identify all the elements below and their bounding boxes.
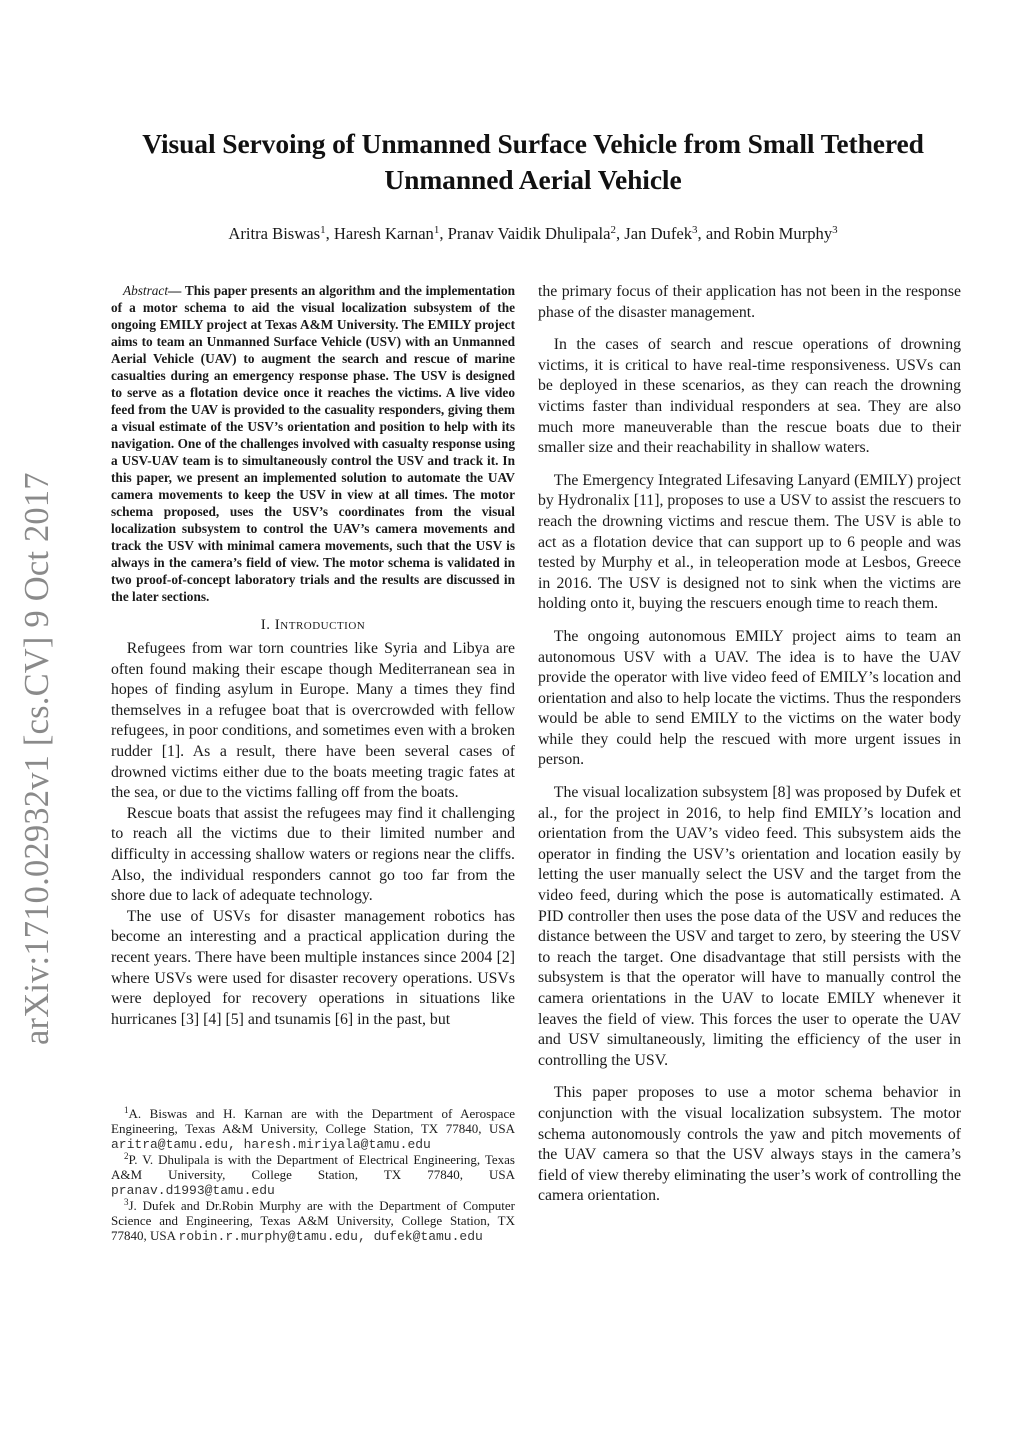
paragraph: The ongoing autonomous EMILY project aim… bbox=[538, 627, 961, 771]
email-link[interactable]: robin.r.murphy@tamu.edu, dufek@tamu.edu bbox=[179, 1229, 483, 1244]
email-link[interactable]: aritra@tamu.edu, haresh.miriyala@tamu.ed… bbox=[111, 1137, 431, 1152]
abstract: Abstract— This paper presents an algorit… bbox=[111, 282, 515, 605]
footnote: 3J. Dufek and Dr.Robin Murphy are with t… bbox=[111, 1198, 515, 1244]
paragraph: Rescue boats that assist the refugees ma… bbox=[111, 804, 515, 907]
author: Haresh Karnan1, bbox=[334, 224, 448, 243]
author: Pranav Vaidik Dhulipala2, bbox=[448, 224, 625, 243]
paper-title: Visual Servoing of Unmanned Surface Vehi… bbox=[100, 126, 966, 198]
paragraph: The visual localization subsystem [8] wa… bbox=[538, 783, 961, 1071]
abstract-text: This paper presents an algorithm and the… bbox=[111, 283, 515, 604]
email-link[interactable]: pranav.d1993@tamu.edu bbox=[111, 1183, 275, 1198]
paragraph: the primary focus of their application h… bbox=[538, 282, 961, 323]
abstract-label: Abstract bbox=[123, 283, 168, 298]
author: Robin Murphy3 bbox=[734, 224, 838, 243]
paragraph: The use of USVs for disaster management … bbox=[111, 907, 515, 1031]
paragraph: Refugees from war torn countries like Sy… bbox=[111, 639, 515, 804]
footnote: 2P. V. Dhulipala is with the Department … bbox=[111, 1152, 515, 1198]
footnote: 1A. Biswas and H. Karnan are with the De… bbox=[111, 1106, 515, 1152]
paragraph: The Emergency Integrated Lifesaving Lany… bbox=[538, 471, 961, 615]
paragraph: In the cases of search and rescue operat… bbox=[538, 335, 961, 459]
author-list: Aritra Biswas1, Haresh Karnan1, Pranav V… bbox=[100, 223, 966, 245]
author: Jan Dufek3, and bbox=[624, 224, 734, 243]
footnotes: 1A. Biswas and H. Karnan are with the De… bbox=[111, 1106, 515, 1244]
section-heading: I. Introduction bbox=[111, 615, 515, 635]
right-column: the primary focus of their application h… bbox=[538, 282, 961, 1219]
author: Aritra Biswas1, bbox=[228, 224, 334, 243]
left-column: Abstract— This paper presents an algorit… bbox=[111, 282, 515, 1030]
paragraph: This paper proposes to use a motor schem… bbox=[538, 1083, 961, 1207]
arxiv-stamp: arXiv:1710.02932v1 [cs.CV] 9 Oct 2017 bbox=[18, 472, 57, 1045]
